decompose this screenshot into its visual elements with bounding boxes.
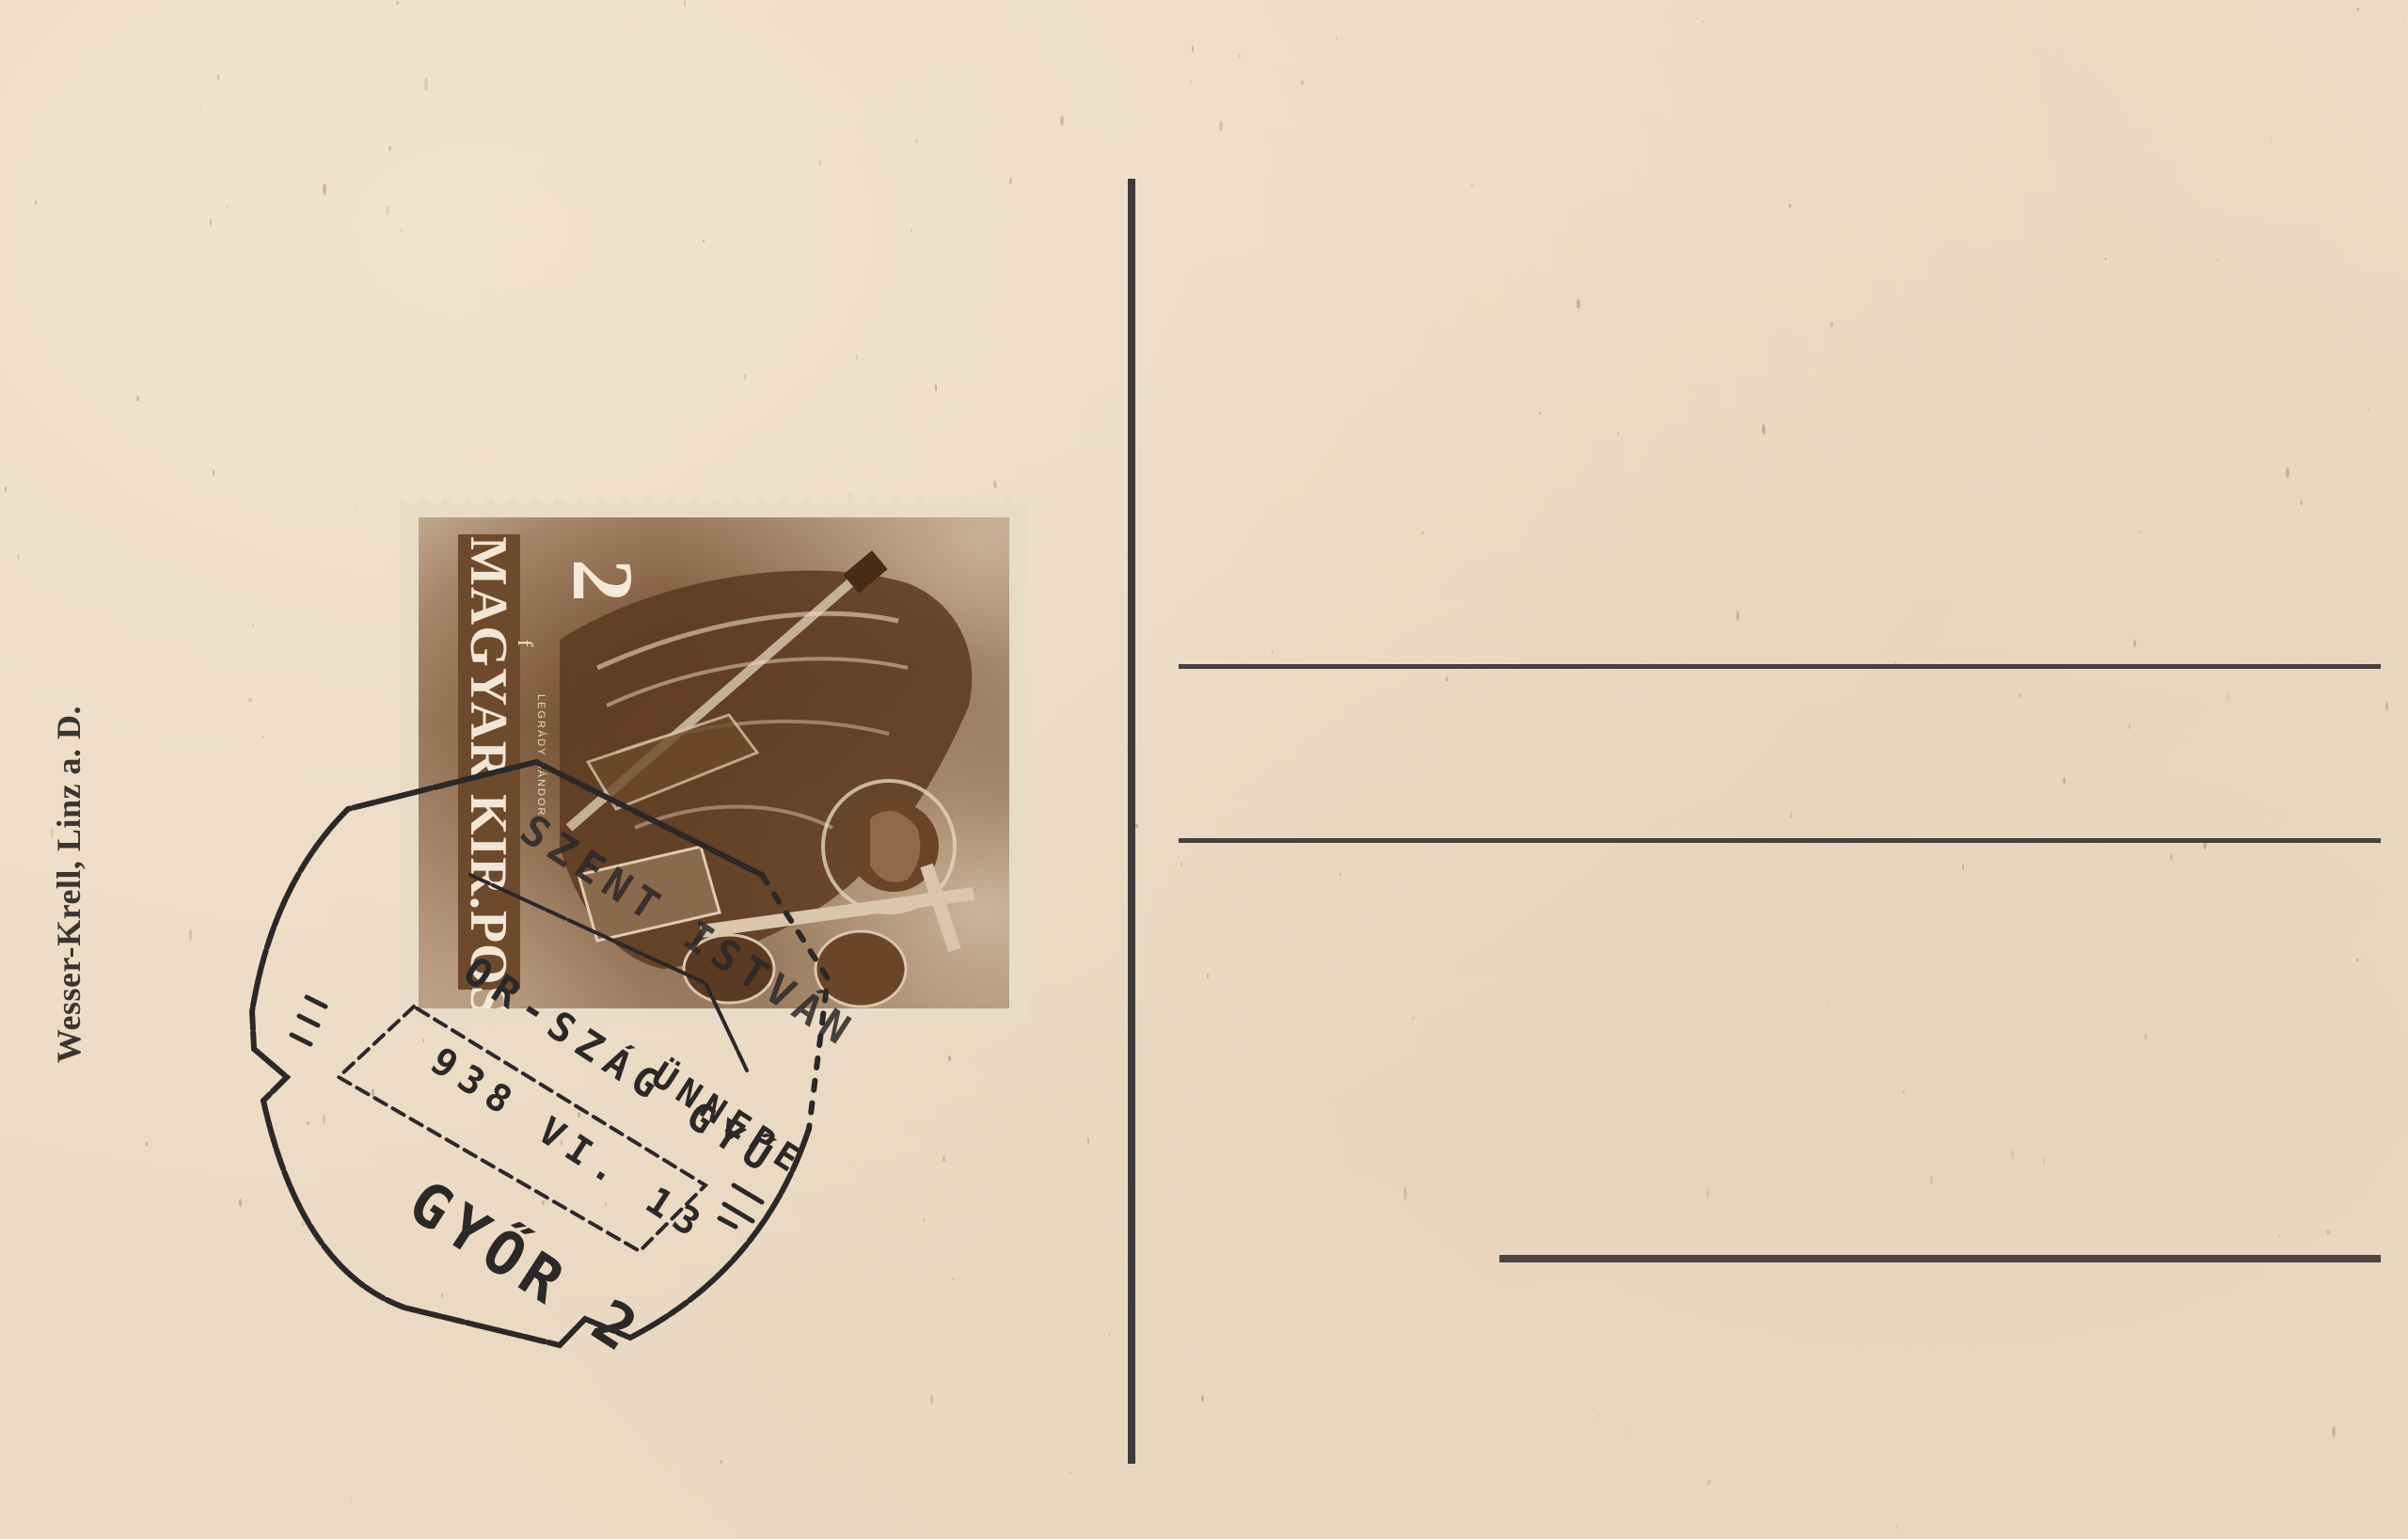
stamp-design: MAGYAR KIR.POSTA 2 f LEGRÁDY SÁNDOR — [419, 517, 1009, 1008]
postcard-paper — [0, 0, 2408, 1539]
address-line-3 — [1499, 1255, 2381, 1262]
stamp-country-text: MAGYAR KIR.POSTA — [459, 536, 517, 1007]
postage-stamp: MAGYAR KIR.POSTA 2 f LEGRÁDY SÁNDOR — [400, 497, 1028, 1029]
publisher-imprint: Wesser-Krell, Linz a. D. — [49, 706, 88, 1063]
address-line-2 — [1179, 838, 2381, 843]
center-divider — [1128, 179, 1135, 1464]
address-line-1 — [1179, 664, 2381, 669]
stamp-designer-credit: LEGRÁDY SÁNDOR — [535, 694, 547, 817]
stamp-value: 2 — [560, 559, 646, 602]
stamp-value-unit: f — [513, 640, 537, 646]
